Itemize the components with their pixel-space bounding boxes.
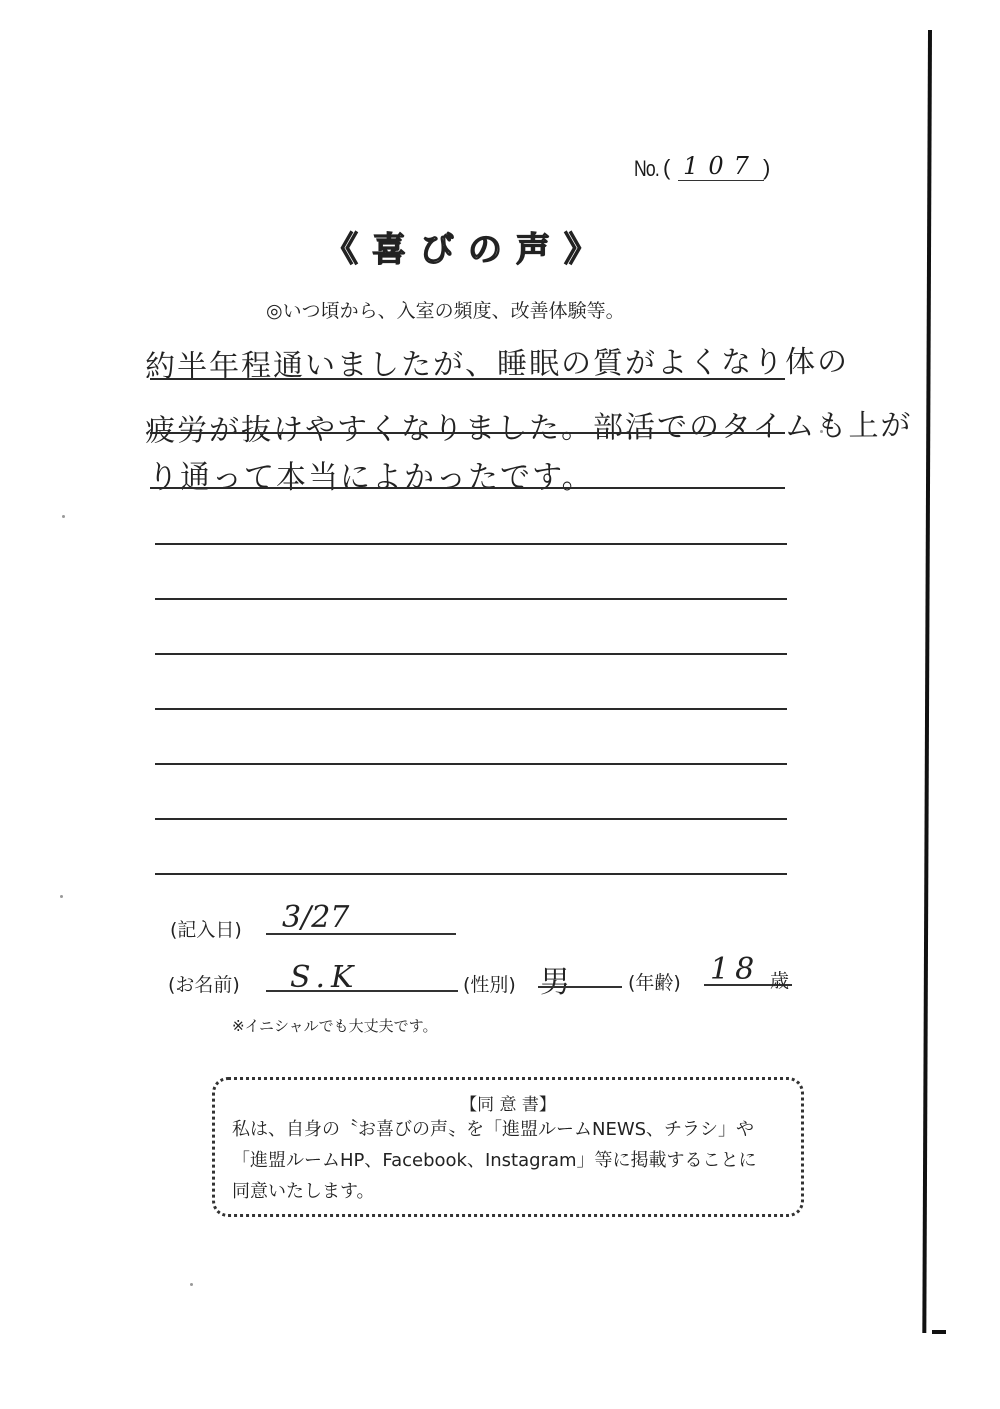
writing-rule [150,487,785,489]
gender-underline [538,986,622,988]
writing-rule [155,818,787,820]
age-label: (年齢) [628,968,681,995]
date-label: (記入日) [170,915,242,942]
scan-speck [62,515,65,518]
form-number-label: No. [634,156,659,182]
name-underline [266,990,458,992]
form-number-underline [678,180,764,181]
consent-line-1: 私は、自身の〝お喜びの声〟を「進盟ルームNEWS、チラシ」や [232,1114,802,1145]
writing-rule [155,763,787,765]
form-number-paren-open: ( [663,155,670,181]
gender-label: (性別) [463,970,516,997]
writing-rule [155,543,787,545]
form-number-paren-close: ) [763,155,770,181]
writing-rule [150,432,785,434]
writing-rule [155,653,787,655]
writing-rule [150,378,785,380]
writing-rule [155,708,787,710]
scan-speck [190,1283,193,1286]
page-title: 《喜びの声》 [318,222,618,271]
writing-rule [155,873,787,875]
consent-title: 【同 意 書】 [212,1090,804,1115]
page-right-border-foot [932,1330,946,1334]
instruction-text: ◎いつ頃から、入室の頻度、改善体験等。 [266,296,625,323]
testimonial-line-2[interactable]: 疲労が抜けやすくなりました。部活でのタイムも上が [145,400,913,449]
writing-rule [155,598,787,600]
date-value[interactable]: 3/27 [282,900,349,935]
initials-note: ※イニシャルでも大丈夫です。 [232,1015,437,1036]
date-underline [266,933,456,935]
page-right-border [922,30,932,1333]
consent-line-2: 「進盟ルームHP、Facebook、Instagram」等に掲載することに [232,1145,802,1176]
age-unit: 歳 [770,966,789,993]
gender-value[interactable]: 男 [540,957,570,1001]
name-label: (お名前) [168,970,240,997]
testimonial-line-3[interactable]: り通って本当によかったです。 [148,451,594,497]
consent-body: 私は、自身の〝お喜びの声〟を「進盟ルームNEWS、チラシ」や 「進盟ルームHP、… [232,1114,802,1207]
age-value[interactable]: 18 [710,952,760,987]
scan-speck [60,895,63,898]
form-number-value[interactable]: 107 [680,152,762,180]
consent-line-3: 同意いたします。 [232,1176,802,1207]
